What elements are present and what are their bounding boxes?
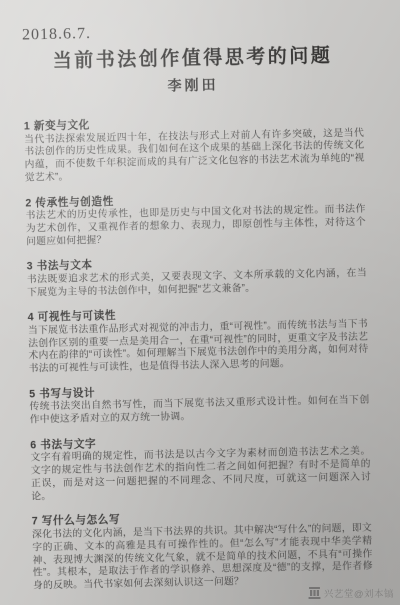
section-5: 5 书写与设计 传统书法突出自然书写性，而当下展览书法又重形式设计性。如何在当下… <box>29 381 370 427</box>
section-list: 1 新变与文化 当代书法探索发展近四十年，在技法与形式上对前人有许多突破，这是当… <box>24 114 373 594</box>
section-7: 7 写什么与怎么写 深化书法的文化内涵，是当下书法界的共识。其中解决“写什么”的… <box>32 509 373 594</box>
page-title: 当前书法创作值得思考的问题 <box>22 43 362 76</box>
section-body: 深化书法的文化内涵，是当下书法界的共识。其中解决“写什么”的问题，即文字的正确、… <box>32 522 373 593</box>
section-body: 书法艺术的历史传承性，也即是历史与中国文化对书法的规定性。而书法作为艺术创作，又… <box>26 204 367 250</box>
section-1: 1 新变与文化 当代书法探索发展近四十年，在技法与形式上对前人有许多突破，这是当… <box>24 114 365 186</box>
document-content: 2018.6.7. 当前书法创作值得思考的问题 李刚田 1 新变与文化 当代书法… <box>0 0 400 605</box>
watermark-text: 兴艺堂@刘本镐 <box>324 586 394 600</box>
document-photo: 2018.6.7. 当前书法创作值得思考的问题 李刚田 1 新变与文化 当代书法… <box>0 0 400 605</box>
section-4: 4 可视性与可读性 当下展览书法重作品形式对视觉的冲击力，重“可视性”。而传统书… <box>28 305 369 377</box>
section-6: 6 书法与文字 文字有着明确的规定性，而书法是以古今文字为素材而创造书法艺术之美… <box>30 432 371 504</box>
document-date: 2018.6.7. <box>22 19 362 45</box>
section-body: 当代书法探索发展近四十年，在技法与形式上对前人有许多突破，这是当代书法创作的历史… <box>24 127 365 185</box>
section-body: 当下展览书法重作品形式对视觉的冲击力，重“可视性”。而传统书法与当下书法创作区别… <box>28 318 369 376</box>
watermark: 兴艺堂@刘本镐 <box>308 586 394 600</box>
section-body: 传统书法突出自然书写性，而当下展览书法又重形式设计性。如何在当下创作中使这矛盾对… <box>29 395 369 428</box>
seal-icon <box>308 586 321 600</box>
section-3: 3 书法与文本 书法既要追求艺术的形式美，又要表现文字、文本所承载的文化内涵，在… <box>27 254 368 300</box>
section-2: 2 传承性与创造性 书法艺术的历史传承性，也即是历史与中国文化对书法的规定性。而… <box>25 190 366 249</box>
section-body: 文字有着明确的规定性，而书法是以古今文字为素材而创造书法艺术之美。文字的规定性与… <box>30 446 371 504</box>
document-author: 李刚田 <box>23 73 363 98</box>
